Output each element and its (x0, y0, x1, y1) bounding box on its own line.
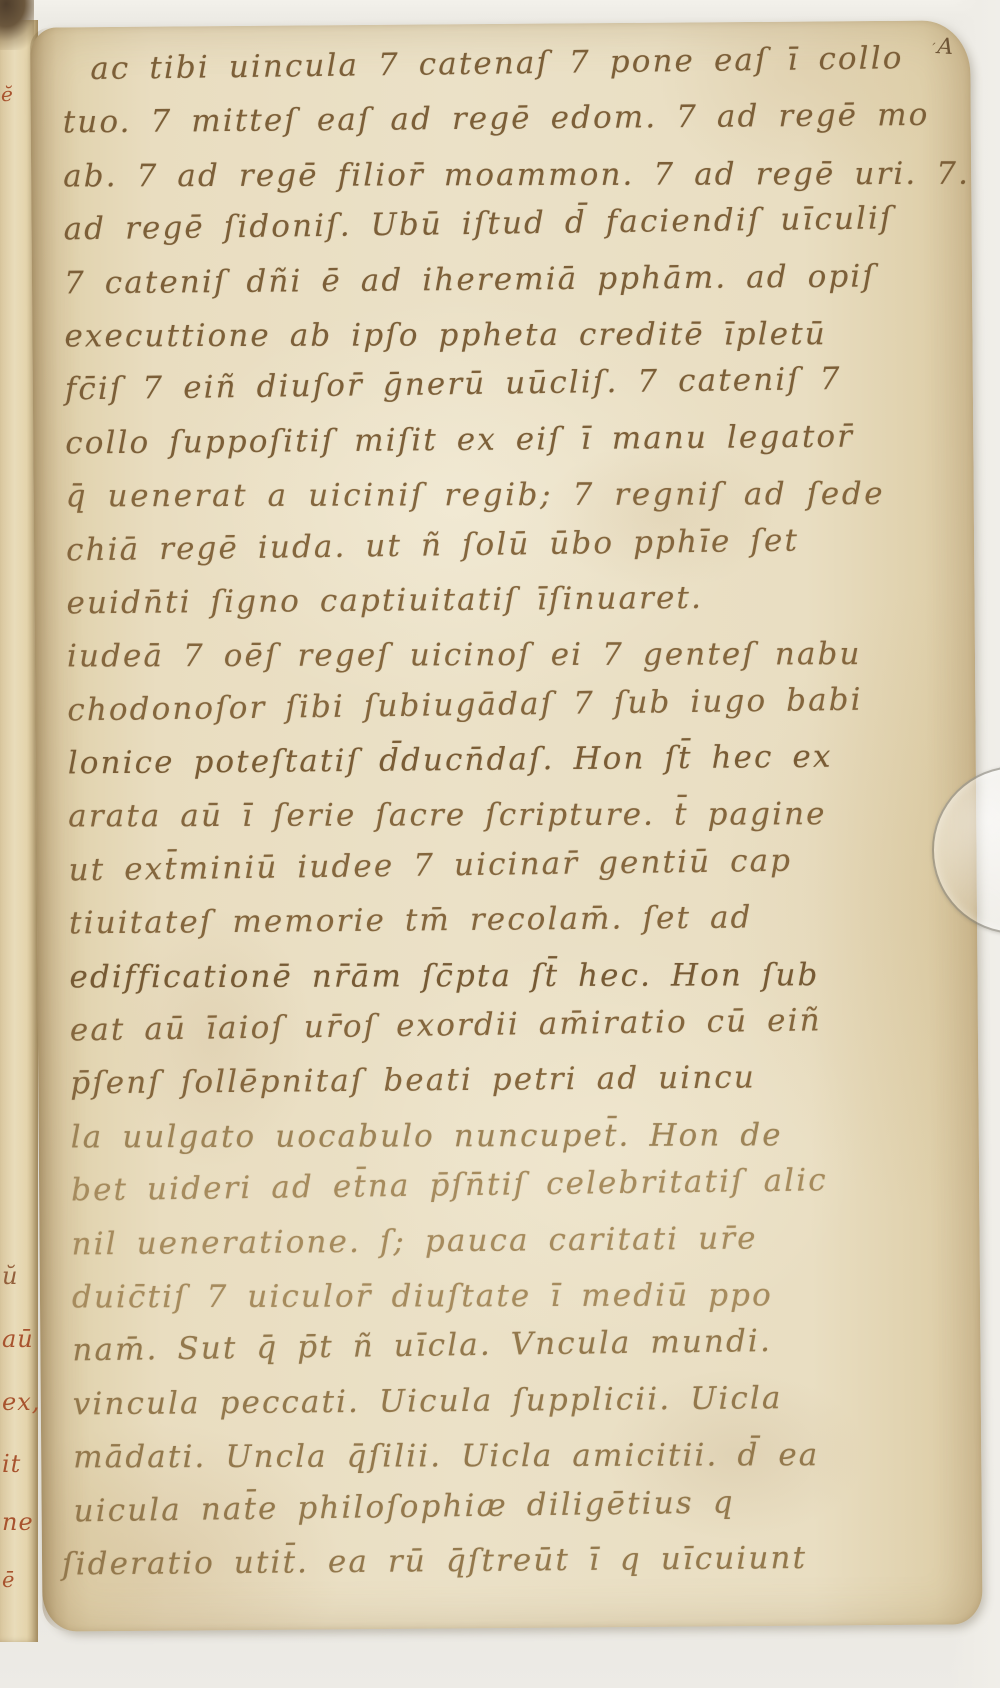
manuscript-line: uicula nat̄e philoſophiæ diligētius q (73, 1473, 972, 1538)
manuscript-line: lonice poteſtatiſ d̄ducn̄daſ. Hon ſt̄ he… (68, 730, 966, 791)
margin-fragment: ex, (2, 1388, 40, 1416)
manuscript-line: nil ueneratione. ſ; pauca caritati ur̄e (71, 1210, 969, 1271)
margin-fragment: aū (2, 1325, 34, 1353)
binding-remnant (0, 0, 34, 50)
manuscript-line: bet uideri ad et̄na p̄ſn̄tiſ celebritati… (71, 1153, 970, 1218)
manuscript-line: tiuitateſ memorie tm̄ recolam̄. ſet ad (69, 890, 967, 951)
manuscript-line: ad regē ſidoniſ. Ubū iſtud d̄ faciendiſ … (63, 192, 962, 257)
manuscript-line: ſideratio utit̄. ea rū q̄ſtreūt ī q uīcu… (62, 1530, 972, 1591)
manuscript-line: tuo. 7 mitteſ eaſ ad regē edom. 7 ad reg… (63, 89, 961, 150)
manuscript-page: A ac tibi uincula 7 catenaſ 7 pone eaſ ī… (30, 20, 983, 1631)
margin-fragment: ĕ (1, 82, 14, 106)
manuscript-line: ut ext̄miniū iudee 7 uicinar̄ gentiū cap (68, 832, 967, 897)
manuscript-line: nam̄. Sut q̄ p̄t ñ uīcla. Vncula mundi. (72, 1313, 971, 1378)
manuscript-line: euidn̄ti ſigno captiuitatiſ īſinuaret. (66, 569, 964, 630)
manuscript-line: chiā regē iuda. ut ñ ſolū ūbo pphīe ſet (66, 512, 965, 577)
manuscript-line: ac tibi uincula 7 catenaſ 7 pone eaſ ī c… (62, 31, 961, 96)
margin-fragment: it (2, 1450, 21, 1478)
manuscript-line: eat aū īaioſ ur̄oſ exordii am̄iratio cū … (70, 992, 969, 1057)
text-block: ac tibi uincula 7 catenaſ 7 pone eaſ ī c… (62, 36, 972, 1591)
margin-fragment: ē (2, 1568, 15, 1592)
manuscript-line: fc̄iſ 7 eiñ diuſor̄ ḡnerū uūcliſ. 7 cate… (65, 352, 964, 417)
margin-fragment: ŭ (2, 1262, 18, 1290)
manuscript-line: 7 cateniſ dñi ē ad iheremiā pphām. ad op… (64, 249, 962, 310)
manuscript-line: chodonoſor ſibi ſubiugādaſ 7 ſub iugo ba… (67, 672, 966, 737)
margin-fragment: ne (2, 1508, 34, 1536)
manuscript-line: vincula peccati. Uicula ſupplicii. Uicla (73, 1370, 971, 1431)
photo-backdrop: ĕ ŭ aū ex, it ne ē A ac tibi uincula 7 c… (0, 0, 1000, 1688)
manuscript-line: p̄ſenſ ſollēpnitaſ beati petri ad uincu (70, 1050, 968, 1111)
manuscript-line: collo ſuppoſitiſ miſit ex eiſ ī manu leg… (65, 409, 963, 470)
